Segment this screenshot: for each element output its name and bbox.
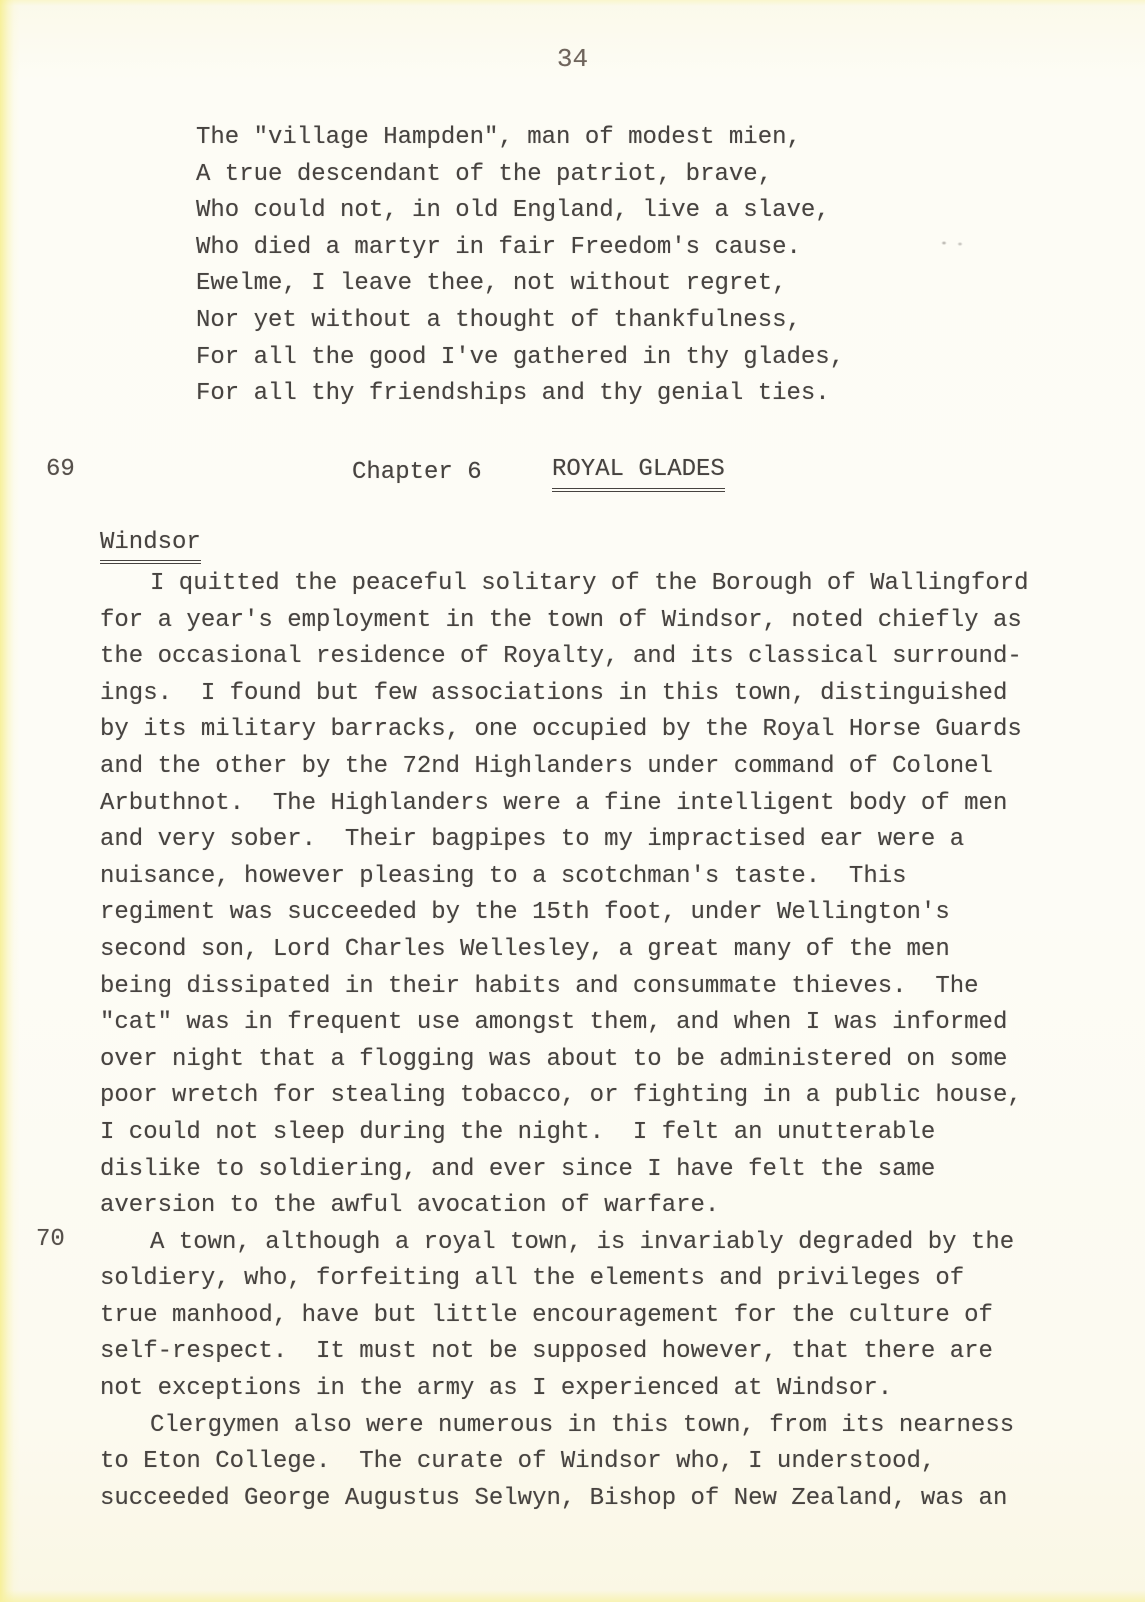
poem-line: For all the good I've gathered in thy gl… — [196, 340, 844, 377]
body-line: soldiery, who, forfeiting all the elemen… — [100, 1261, 1029, 1298]
poem-line: A true descendant of the patriot, brave, — [196, 157, 844, 194]
paper-edge-bottom — [0, 1590, 1145, 1602]
chapter-title: ROYAL GLADES — [552, 455, 725, 492]
poem-line: Who died a martyr in fair Freedom's caus… — [196, 230, 844, 267]
poem-line: For all thy friendships and thy genial t… — [196, 376, 844, 413]
poem-line: The "village Hampden", man of modest mie… — [196, 120, 844, 157]
body-line: not exceptions in the army as I experien… — [100, 1371, 1029, 1408]
body-line: succeeded George Augustus Selwyn, Bishop… — [100, 1481, 1029, 1518]
page-number: 34 — [0, 44, 1145, 74]
body-line: "cat" was in frequent use amongst them, … — [100, 1005, 1029, 1042]
body-line: Clergymen also were numerous in this tow… — [100, 1408, 1029, 1445]
body-line: second son, Lord Charles Wellesley, a gr… — [100, 932, 1029, 969]
body-line: to Eton College. The curate of Windsor w… — [100, 1444, 1029, 1481]
body-line: nuisance, however pleasing to a scotchma… — [100, 859, 1029, 896]
body-line: for a year's employment in the town of W… — [100, 603, 1029, 640]
chapter-heading: Chapter 6 ROYAL GLADES — [0, 455, 1145, 495]
body-line: true manhood, have but little encouragem… — [100, 1298, 1029, 1335]
paper-edge-left — [0, 0, 20, 1602]
paper-edge-top — [0, 0, 1145, 6]
body-line: I could not sleep during the night. I fe… — [100, 1115, 1029, 1152]
body-line: A town, although a royal town, is invari… — [100, 1225, 1029, 1262]
poem-line: Nor yet without a thought of thankfulnes… — [196, 303, 844, 340]
body-line: self-respect. It must not be supposed ho… — [100, 1334, 1029, 1371]
body-line: and the other by the 72nd Highlanders un… — [100, 749, 1029, 786]
body-line: poor wretch for stealing tobacco, or fig… — [100, 1078, 1029, 1115]
poem-block: The "village Hampden", man of modest mie… — [196, 120, 844, 413]
body-line: dislike to soldiering, and ever since I … — [100, 1152, 1029, 1189]
body-line: I quitted the peaceful solitary of the B… — [100, 566, 1029, 603]
body-line: being dissipated in their habits and con… — [100, 969, 1029, 1006]
manuscript-page: 34 The "village Hampden", man of modest … — [0, 0, 1145, 1602]
section-heading-windsor: Windsor — [100, 528, 201, 564]
poem-line: Who could not, in old England, live a sl… — [196, 193, 844, 230]
body-line: and very sober. Their bagpipes to my imp… — [100, 822, 1029, 859]
body-line: by its military barracks, one occupied b… — [100, 712, 1029, 749]
body-text: I quitted the peaceful solitary of the B… — [100, 566, 1029, 1517]
body-line: aversion to the awful avocation of warfa… — [100, 1188, 1029, 1225]
body-line: Arbuthnot. The Highlanders were a fine i… — [100, 786, 1029, 823]
poem-line: Ewelme, I leave thee, not without regret… — [196, 266, 844, 303]
margin-number-70: 70 — [36, 1222, 65, 1259]
body-line: ings. I found but few associations in th… — [100, 676, 1029, 713]
body-line: regiment was succeeded by the 15th foot,… — [100, 895, 1029, 932]
body-line: the occasional residence of Royalty, and… — [100, 639, 1029, 676]
chapter-label: Chapter 6 — [352, 455, 482, 492]
ink-smudge — [938, 238, 968, 248]
body-line: over night that a flogging was about to … — [100, 1042, 1029, 1079]
